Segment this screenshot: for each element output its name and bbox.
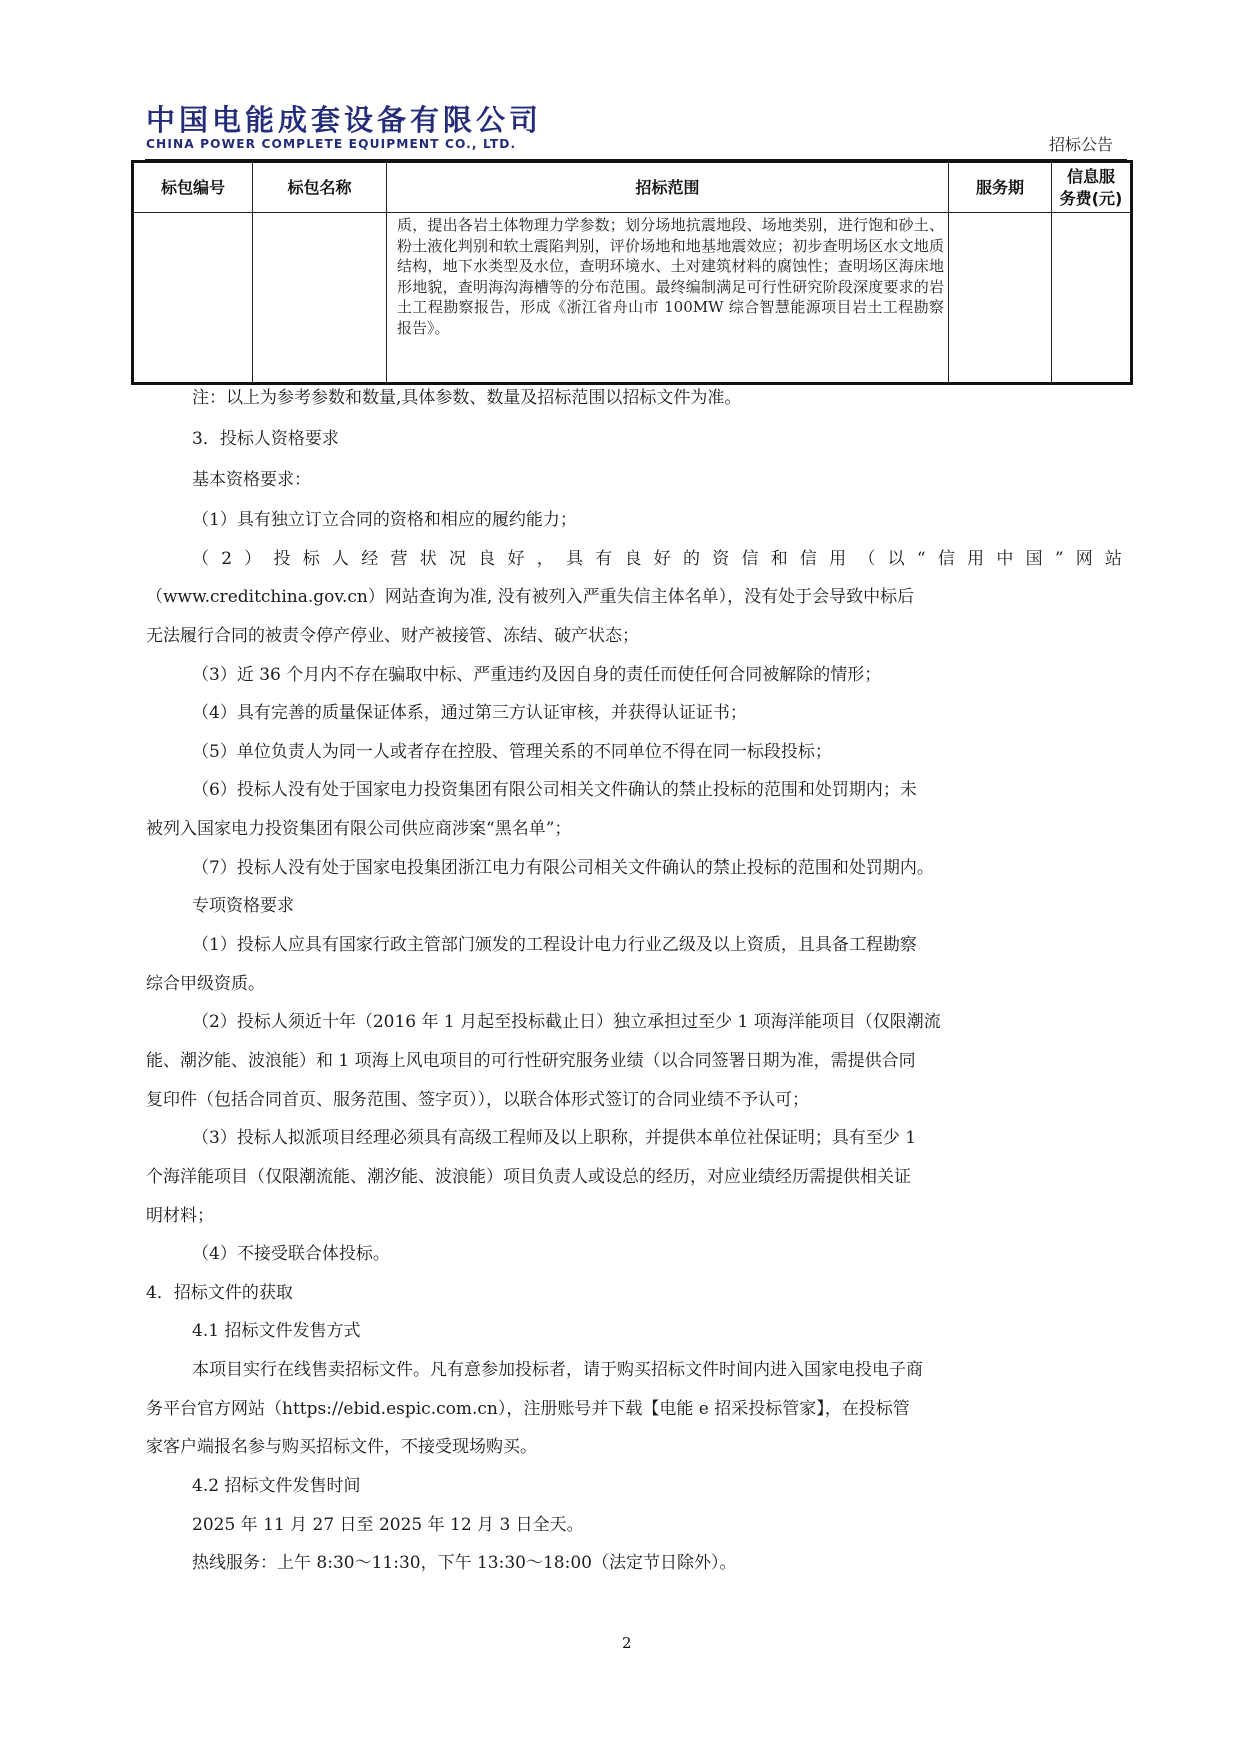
cell-package-name — [253, 213, 387, 384]
page-number: 2 — [622, 1634, 632, 1652]
cell-service-period — [949, 213, 1052, 384]
special-item-3-line3: 明材料； — [146, 1206, 214, 1226]
table-header-row: 标包编号 标包名称 招标范围 服务期 信息服 务费(元) — [133, 162, 1132, 213]
basic-item-4: （4）具有完善的质量保证体系，通过第三方认证审核，并获得认证证书； — [192, 703, 747, 723]
table-row: 质，提出各岩土体物理力学参数；划分场地抗震地段、场地类别，进行饱和砂土、粉土液化… — [133, 213, 1132, 384]
basic-item-2-line2: （www.creditchina.gov.cn）网站查询为准, 没有被列入严重失… — [146, 587, 914, 607]
column-header-scope: 招标范围 — [387, 162, 949, 213]
section-4-1-title: 4.1 招标文件发售方式 — [192, 1321, 360, 1341]
column-header-service-period: 服务期 — [949, 162, 1052, 213]
special-item-1-line2: 综合甲级资质。 — [146, 974, 265, 994]
company-name-en: CHINA POWER COMPLETE EQUIPMENT CO., LTD. — [146, 137, 546, 151]
column-header-info-fee: 信息服 务费(元) — [1052, 162, 1132, 213]
basic-item-3: （3）近 36 个月内不存在骗取中标、严重违约及因自身的责任而使任何合同被解除的… — [192, 665, 881, 685]
column-header-package-no: 标包编号 — [133, 162, 253, 213]
section-4-2-title: 4.2 招标文件发售时间 — [192, 1476, 360, 1496]
sale-method-line1: 本项目实行在线售卖招标文件。凡有意参加投标者，请于购买招标文件时间内进入国家电投… — [192, 1360, 923, 1380]
special-item-4: （4）不接受联合体投标。 — [192, 1244, 390, 1264]
sale-period: 2025 年 11 月 27 日至 2025 年 12 月 3 日全天。 — [192, 1515, 584, 1535]
special-item-2-line3: 复印件（包括合同首页、服务范围、签字页）），以联合体形式签订的合同业绩不予认可； — [146, 1090, 809, 1110]
info-fee-header-line2: 务费(元) — [1052, 188, 1130, 210]
basic-requirements-title: 基本资格要求： — [192, 470, 311, 490]
hotline-hours: 热线服务：上午 8:30～11:30，下午 13:30～18:00（法定节日除外… — [192, 1553, 736, 1573]
special-requirements-title: 专项资格要求 — [192, 896, 294, 916]
cell-package-no — [133, 213, 253, 384]
column-header-package-name: 标包名称 — [253, 162, 387, 213]
special-item-2-line1: （2）投标人须近十年（2016 年 1 月起至投标截止日）独立承担过至少 1 项… — [192, 1012, 941, 1032]
basic-item-2-line1: （2）投标人经营状况良好，具有良好的资信和信用（以“信用中国”网站 — [192, 549, 1122, 569]
basic-item-2-line3: 无法履行合同的被责令停产停业、财产被接管、冻结、破产状态； — [146, 626, 639, 646]
cell-scope: 质，提出各岩土体物理力学参数；划分场地抗震地段、场地类别，进行饱和砂土、粉土液化… — [387, 213, 949, 384]
basic-item-1: （1）具有独立订立合同的资格和相应的履约能力； — [192, 510, 577, 530]
special-item-1-line1: （1）投标人应具有国家行政主管部门颁发的工程设计电力行业乙级及以上资质，且具备工… — [192, 935, 917, 955]
special-item-3-line1: （3）投标人拟派项目经理必须具有高级工程师及以上职称，并提供本单位社保证明；具有… — [192, 1128, 916, 1148]
special-item-2-line2: 能、潮汐能、波浪能）和 1 项海上风电项目的可行性研究服务业绩（以合同签署日期为… — [146, 1051, 916, 1071]
document-type-label: 招标公告 — [1049, 132, 1113, 155]
company-name-cn: 中国电能成套设备有限公司 — [146, 104, 546, 136]
company-logo: 中国电能成套设备有限公司 CHINA POWER COMPLETE EQUIPM… — [146, 104, 546, 151]
info-fee-header-line1: 信息服 — [1052, 166, 1130, 188]
cell-info-fee — [1052, 213, 1132, 384]
special-item-3-line2: 个海洋能项目（仅限潮流能、潮汐能、波浪能）项目负责人或设总的经历，对应业绩经历需… — [146, 1167, 911, 1187]
bid-package-table: 标包编号 标包名称 招标范围 服务期 信息服 务费(元) 质，提出各岩土体物理力… — [131, 160, 1133, 385]
basic-item-6-line2: 被列入国家电力投资集团有限公司供应商涉案“黑名单”； — [146, 819, 571, 839]
basic-item-6-line1: （6）投标人没有处于国家电力投资集团有限公司相关文件确认的禁止投标的范围和处罚期… — [192, 780, 917, 800]
basic-item-5: （5）单位负责人为同一人或者存在控股、管理关系的不同单位不得在同一标段投标； — [192, 742, 832, 762]
section-3-title: 3．投标人资格要求 — [192, 429, 339, 449]
sale-method-line3: 家客户端报名参与购买招标文件，不接受现场购买。 — [146, 1437, 537, 1457]
section-4-title: 4．招标文件的获取 — [146, 1283, 293, 1303]
basic-item-7: （7）投标人没有处于国家电投集团浙江电力有限公司相关文件确认的禁止投标的范围和处… — [192, 858, 934, 878]
sale-method-line2: 务平台官方网站（https://ebid.espic.com.cn），注册账号并… — [146, 1399, 910, 1419]
table-note: 注：以上为参考参数和数量,具体参数、数量及招标范围以招标文件为准。 — [192, 388, 741, 408]
